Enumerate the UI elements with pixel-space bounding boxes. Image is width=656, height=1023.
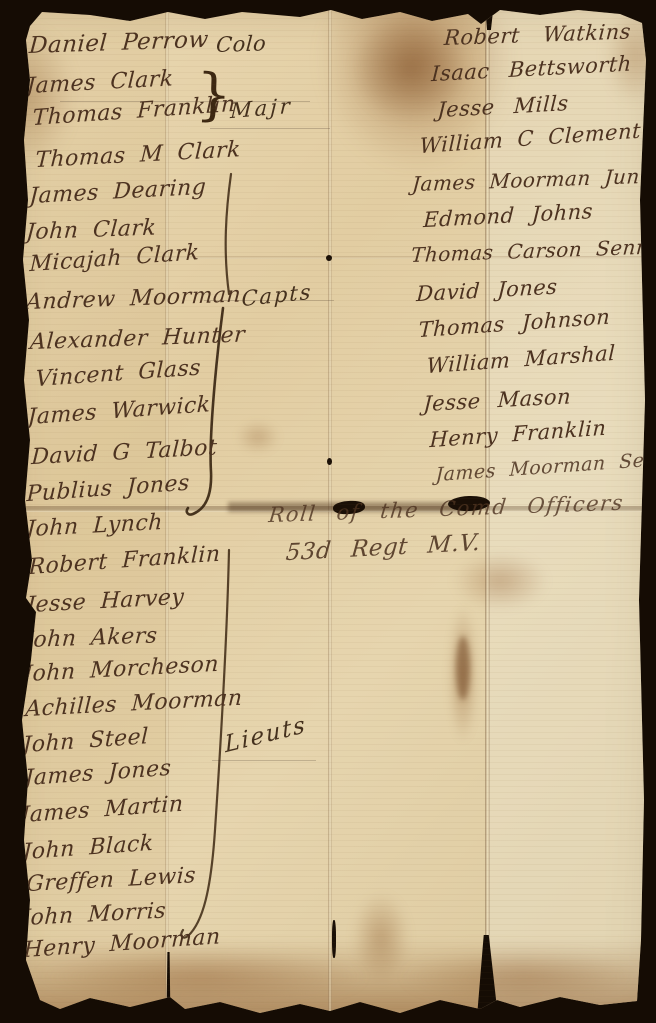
document-title-line1: Roll of the Comd Officers of the (267, 487, 656, 527)
document-title-line2: 53d Regt M.V. (285, 530, 482, 566)
roster-name: James Moorman Senr (435, 448, 656, 486)
roster-name: Greffen Lewis (26, 863, 197, 897)
roster-name: John Black (22, 831, 154, 865)
roster-name: Jesse Mills (437, 91, 570, 122)
roster-name: Thomas Johnson (418, 305, 610, 343)
guide-line (212, 760, 316, 761)
roster-name: Thomas Carson Senr (410, 235, 647, 267)
rank-label-captains: Capts (241, 280, 313, 312)
roster-name: Daniel Perrow (28, 27, 209, 59)
stain (352, 892, 410, 984)
roster-name: James Dearing (29, 175, 207, 209)
rank-label-lieutenants: Lieuts (224, 712, 307, 759)
major-brace-glyph: } (195, 62, 233, 128)
roster-name: Achilles Moorman (25, 686, 243, 722)
roster-name: John Clark (25, 215, 157, 245)
roster-name: John Morris (21, 898, 167, 931)
paper-sheet: Daniel Perrow James Clark Thomas Frankli… (0, 0, 656, 1023)
roster-name: John Lynch (26, 510, 164, 542)
roster-name: William Marshal (426, 341, 616, 378)
stain (452, 552, 548, 610)
scanned-document: Daniel Perrow James Clark Thomas Frankli… (0, 0, 656, 1023)
ink-blot (332, 920, 336, 958)
rank-label-major: Majr (230, 94, 294, 124)
roster-name: Jesse Mason (423, 384, 572, 416)
roster-name: James Martin (20, 792, 184, 829)
roster-name: James Clark (26, 66, 175, 99)
roster-name: Alexander Hunter (29, 322, 246, 355)
roster-name: John Morcheson (23, 652, 220, 687)
roster-name: James Warwick (27, 392, 211, 430)
paper-tear (477, 935, 498, 1017)
roster-name: Robert Franklin (28, 542, 221, 581)
stain (448, 606, 478, 742)
roster-name: Thomas M Clark (35, 137, 242, 173)
corner-ink-mark (29, 4, 36, 17)
paper-tear (166, 952, 171, 1016)
roster-name: Publius Jones (26, 471, 190, 508)
stain (402, 950, 646, 1004)
roster-name: Andrew Moorman (25, 282, 242, 315)
roster-name: Isaac Bettsworth (431, 51, 633, 86)
ink-blot (327, 458, 332, 465)
roster-name: David G Talbot (31, 435, 218, 470)
roster-name: David Jones (416, 275, 558, 306)
ink-blot (326, 255, 332, 261)
roster-name: John Akers (23, 623, 158, 653)
roster-name: Henry Franklin (429, 416, 607, 452)
stain (236, 420, 280, 454)
roster-name: Micajah Clark (29, 240, 200, 277)
roster-name: Jesse Harvey (26, 585, 185, 618)
roster-name: Edmond Johns (423, 199, 594, 232)
roster-name: James Moorman Junr (411, 164, 650, 196)
rank-label-colonel: Colo (215, 31, 267, 57)
captains-bracket-upper (226, 174, 231, 294)
roster-name: John Steel (22, 724, 149, 758)
stain (456, 636, 470, 700)
roster-name: Robert Watkins (443, 19, 632, 50)
roster-name: James Jones (24, 756, 172, 791)
roster-name: Vincent Glass (35, 355, 201, 392)
roster-name: Henry Moorman (23, 924, 221, 963)
roster-name: William C Clement (419, 119, 641, 159)
